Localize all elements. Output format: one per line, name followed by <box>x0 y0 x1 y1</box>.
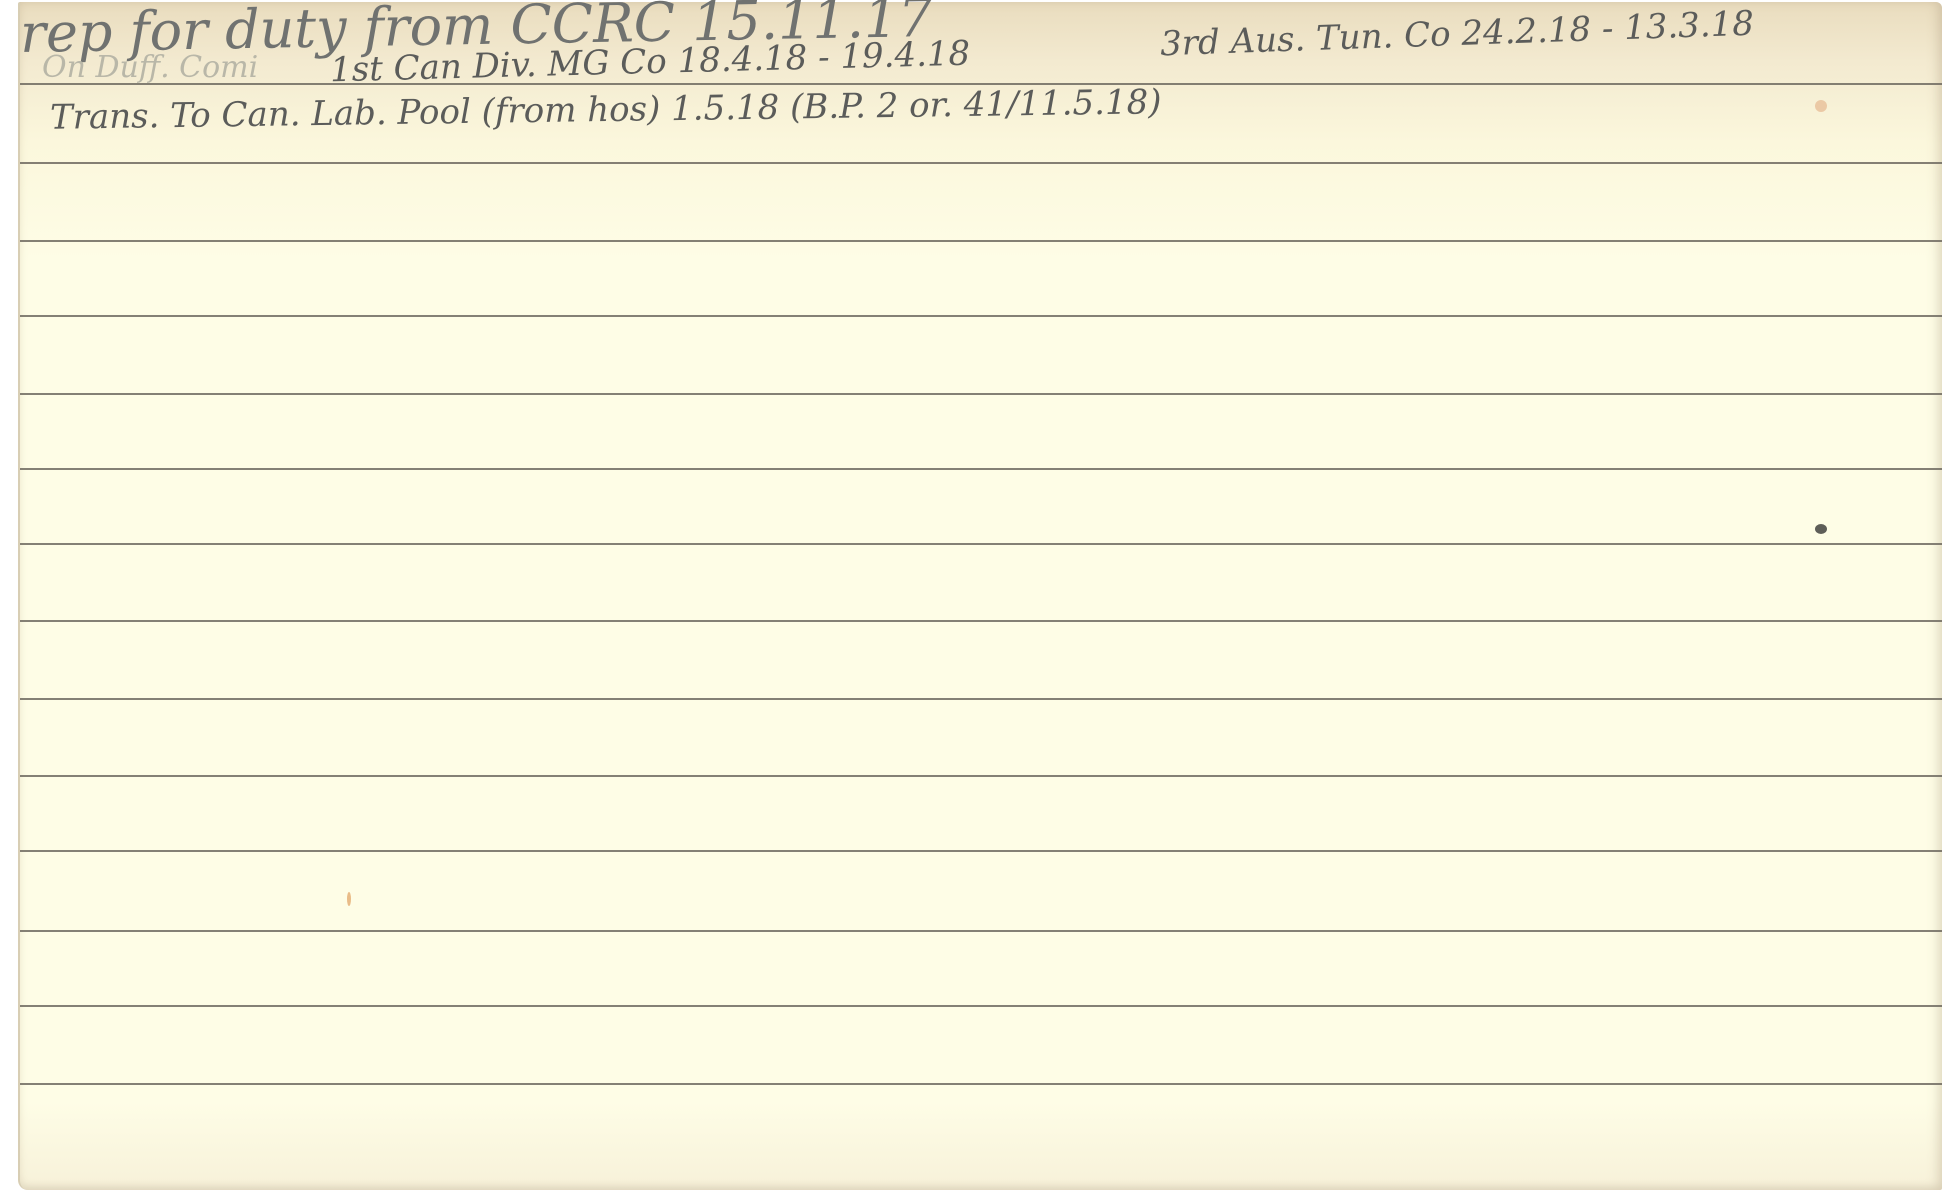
ruled-line <box>20 468 1942 470</box>
ruled-line <box>20 315 1942 317</box>
ruled-line <box>20 393 1942 395</box>
ruled-line <box>20 162 1942 164</box>
handwritten-entry-tunnelling-company: 3rd Aus. Tun. Co 24.2.18 - 13.3.18 <box>1159 4 1754 65</box>
stain-spot <box>1815 100 1827 112</box>
ruled-line <box>20 850 1942 852</box>
ruled-line <box>20 1005 1942 1007</box>
ruled-line <box>20 240 1942 242</box>
handwritten-entry-transfer-labour-pool: Trans. To Can. Lab. Pool (from hos) 1.5.… <box>50 82 1162 138</box>
stain-spot <box>347 892 351 906</box>
handwritten-entry-on-duty-comm: On Duff. Comi <box>42 50 258 85</box>
ruled-line <box>20 543 1942 545</box>
ink-spot <box>1815 524 1827 534</box>
ruled-line <box>20 698 1942 700</box>
ruled-line <box>20 775 1942 777</box>
ruled-line <box>20 620 1942 622</box>
ruled-line <box>20 1083 1942 1085</box>
ruled-line <box>20 930 1942 932</box>
record-card: rep for duty from CCRC 15.11.17 3rd Aus.… <box>18 2 1942 1190</box>
